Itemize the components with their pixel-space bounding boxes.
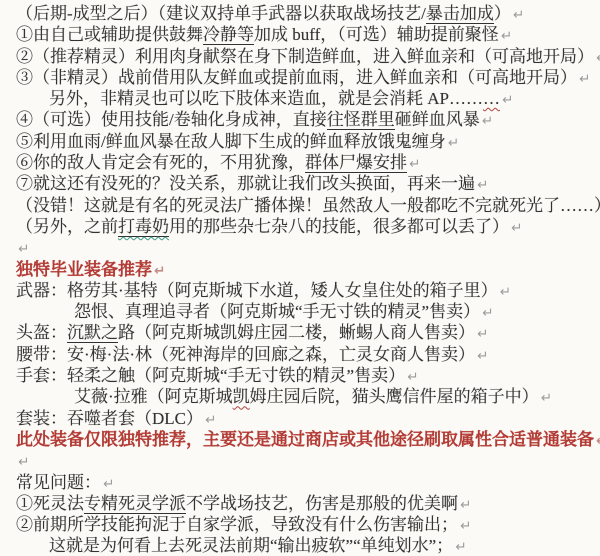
paragraph-mark-icon: ↵ <box>541 390 552 406</box>
paragraph-mark-icon: ↵ <box>448 135 459 151</box>
text-segment: 用的那些杂七杂八的技能，很多都可以丢了） <box>169 217 509 236</box>
paragraph-mark-icon: ↵ <box>596 433 600 449</box>
text-line: 此处装备仅限独特推荐，主要还是通过商店或其他途径刷取属性合适普通装备↵ <box>16 429 594 450</box>
text-line: 手套：轻柔之触（阿克斯城“手无寸铁的精灵”售卖）↵ <box>16 365 594 386</box>
text-segment: （另外，之前 <box>16 217 118 236</box>
paragraph-mark-icon: ↵ <box>409 156 420 172</box>
paragraph-mark-icon: ↵ <box>482 305 493 321</box>
text-line: （另外，之前打毒奶用的那些杂七杂八的技能，很多都可以丢了）↵ <box>16 216 594 237</box>
text-segment: （后期-成型之后）（建议双持单手武器以获取战场技艺/ <box>16 4 426 23</box>
paragraph-mark-icon: ↵ <box>502 92 513 108</box>
text-segment: 怨恨、真理追寻者（阿克斯城“手无寸铁的精灵”售卖） <box>74 302 480 321</box>
text-segment: 这就是为何看上去死灵法前期“输出疲软”“单纯划水”； <box>49 536 453 555</box>
paragraph-mark-icon: ↵ <box>596 50 600 66</box>
emphasized-text: 冷静等 <box>203 25 254 45</box>
emphasized-text: 沉默之 <box>67 323 118 343</box>
text-line: 艾薇·拉雅（阿克斯城凯姆庄园后院，猫头鹰信件屋的箱子中）↵ <box>16 386 594 407</box>
text-segment: 腰带：安·梅·法·林（死神海岸的回廊之森，亡灵女商人售卖） <box>16 345 475 364</box>
text-line: （没错！这就是有名的死灵法广播体操！虽然敌人一般都吃不完就死光了……）↵ <box>16 195 594 216</box>
paragraph-mark-icon: ↵ <box>579 71 590 87</box>
emphasized-text: … <box>483 89 500 108</box>
text-segment: ①死灵法 <box>16 494 84 513</box>
text-line: ↵ <box>16 237 594 258</box>
emphasized-text: 暴击加成 <box>426 4 494 24</box>
text-segment: ②前期所学技能拘泥于自家学派，导致没有什么伤害输出； <box>16 515 458 534</box>
text-line: ↵ <box>16 450 594 471</box>
text-segment: 姆庄园后院，猫头鹰信件屋的箱子中） <box>250 387 539 406</box>
text-line: ②前期所学技能拘泥于自家学派，导致没有什么伤害输出；↵ <box>16 514 594 535</box>
emphasized-text: 群体尸爆安排 <box>305 153 407 173</box>
document-page: （后期-成型之后）（建议双持单手武器以获取战场技艺/暴击加成）↵①由自己或辅助提… <box>0 0 600 556</box>
text-segment: ①由自己或辅助提供鼓舞 <box>16 25 203 44</box>
paragraph-mark-icon: ↵ <box>18 241 29 257</box>
text-segment: 武器：格劳其·基特（阿克斯城下水道，矮人女皇住处的箱子里） <box>16 281 498 300</box>
paragraph-mark-icon: ↵ <box>513 7 524 23</box>
text-segment: 加成 buff，（可选）辅助提前聚怪 <box>254 25 499 44</box>
text-line: 怨恨、真理追寻者（阿克斯城“手无寸铁的精灵”售卖）↵ <box>16 301 594 322</box>
paragraph-mark-icon: ↵ <box>407 369 418 385</box>
paragraph-mark-icon: ↵ <box>460 497 471 513</box>
text-line: ⑥你的敌人肯定会有死的，不用犹豫，群体尸爆安排↵ <box>16 152 594 173</box>
paragraph-mark-icon: ↵ <box>500 284 511 300</box>
emphasized-text: 打毒奶 <box>118 217 169 237</box>
emphasized-text: 凯 <box>233 387 250 406</box>
text-segment: ②（推荐精灵）利用肉身献祭在身下制造鲜血，进入鲜血亲和（可高地开局） <box>16 47 594 66</box>
text-segment: 手套：轻柔之触（阿克斯城“手无寸铁的精灵”售卖） <box>16 366 405 385</box>
text-line: 另外，非精灵也可以吃下肢体来造血，就是会消耗 AP………↵ <box>16 88 594 109</box>
text-segment: ⑥你的敌人肯定会有死的，不用犹豫， <box>16 153 305 172</box>
text-segment: 砸鲜血风暴 <box>395 110 480 129</box>
text-segment: 另外，非精灵也可以吃下肢体来造血，就是会消耗 AP…… <box>49 89 483 108</box>
text-line: ⑦就这还有没死的？没关系，那就让我们改头换面，再来一遍↵ <box>16 173 594 194</box>
text-line: 套装：吞噬者套（DLC）↵ <box>16 408 594 429</box>
text-line: ③（非精灵）战前借用队友鲜血或提前血雨，进入鲜血亲和（可高地开局）↵ <box>16 67 594 88</box>
paragraph-mark-icon: ↵ <box>154 263 165 279</box>
text-segment: ④（可选）使用技能/卷轴化身成神，直接 <box>16 110 327 129</box>
text-segment: 路（阿克斯城凯姆庄园二楼，蜥蜴人商人售卖） <box>118 323 475 342</box>
text-line: （后期-成型之后）（建议双持单手武器以获取战场技艺/暴击加成）↵ <box>16 3 594 24</box>
text-segment: （没错！这就是有名的死灵法广播体操！虽然敌人一般都吃不完就死光了……） <box>16 196 600 215</box>
text-line: ⑤利用血雨/鲜血风暴在敌人脚下生成的鲜血释放饿鬼缠身↵ <box>16 131 594 152</box>
text-segment: 独特毕业装备推荐 <box>16 260 152 279</box>
text-line: 常见问题：↵ <box>16 472 594 493</box>
paragraph-mark-icon: ↵ <box>18 454 29 470</box>
text-segment: 常见问题： <box>16 473 101 492</box>
text-line: 头盔：沉默之路（阿克斯城凯姆庄园二楼，蜥蜴人商人售卖）↵ <box>16 322 594 343</box>
text-segment: 不学战场技艺，伤害是那般的优美啊 <box>186 494 458 513</box>
paragraph-mark-icon: ↵ <box>103 476 114 492</box>
emphasized-text: 往怪群里 <box>327 110 395 130</box>
text-segment: ⑦就这还有没死的？没关系，那就让我们改头换面，再来一遍 <box>16 174 475 193</box>
paragraph-mark-icon: ↵ <box>511 220 522 236</box>
text-segment: ⑤利用血雨/鲜血风暴在敌人脚下生成的鲜血释放饿鬼缠身 <box>16 132 446 151</box>
text-segment: 套装：吞噬者套（DLC） <box>16 409 203 428</box>
text-segment: ③（非精灵）战前借用队友鲜血或提前血雨，进入鲜血亲和（可高地开局） <box>16 68 577 87</box>
text-line: 独特毕业装备推荐↵ <box>16 259 594 280</box>
paragraph-mark-icon: ↵ <box>455 539 466 555</box>
text-segment: ） <box>494 4 511 23</box>
text-line: 武器：格劳其·基特（阿克斯城下水道，矮人女皇住处的箱子里）↵ <box>16 280 594 301</box>
paragraph-mark-icon: ↵ <box>460 518 471 534</box>
emphasized-text: 专精死灵学派 <box>84 494 186 514</box>
text-line: ④（可选）使用技能/卷轴化身成神，直接往怪群里砸鲜血风暴↵ <box>16 109 594 130</box>
paragraph-mark-icon: ↵ <box>477 177 488 193</box>
text-segment: 头盔： <box>16 323 67 342</box>
text-segment: 艾薇·拉雅（阿克斯城 <box>74 387 233 406</box>
text-line: ①死灵法专精死灵学派不学战场技艺，伤害是那般的优美啊↵ <box>16 493 594 514</box>
text-line: 腰带：安·梅·法·林（死神海岸的回廊之森，亡灵女商人售卖）↵ <box>16 344 594 365</box>
text-line: ②（推荐精灵）利用肉身献祭在身下制造鲜血，进入鲜血亲和（可高地开局）↵ <box>16 46 594 67</box>
text-segment: 此处装备仅限独特推荐，主要还是通过商店或其他途径刷取属性合适普通装备 <box>16 430 594 449</box>
paragraph-mark-icon: ↵ <box>501 28 512 44</box>
paragraph-mark-icon: ↵ <box>477 348 488 364</box>
text-line: 这就是为何看上去死灵法前期“输出疲软”“单纯划水”；↵ <box>16 535 594 556</box>
text-line: ①由自己或辅助提供鼓舞冷静等加成 buff，（可选）辅助提前聚怪↵ <box>16 24 594 45</box>
paragraph-mark-icon: ↵ <box>477 326 488 342</box>
paragraph-mark-icon: ↵ <box>205 412 216 428</box>
paragraph-mark-icon: ↵ <box>482 113 493 129</box>
